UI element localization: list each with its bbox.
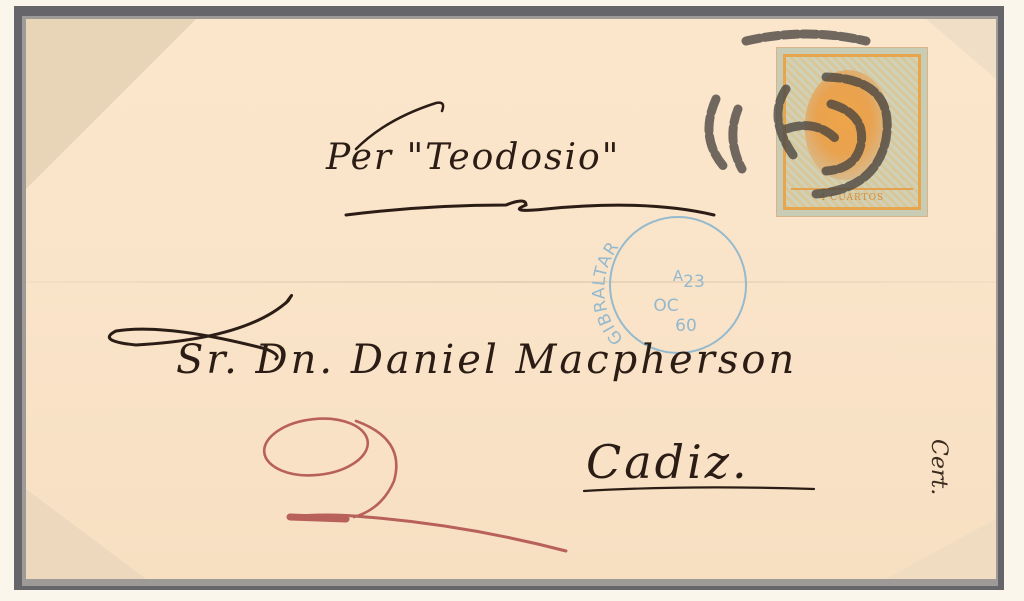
postmark-town: GIBRALTAR	[589, 238, 628, 349]
grill-cancel-icon	[709, 34, 887, 194]
addressee-name: Sr. Dn. Daniel Macpherson	[176, 337, 797, 383]
endorsement-underline	[346, 201, 714, 215]
postmark-day: 23	[683, 272, 705, 292]
postmark-month: OC	[653, 296, 678, 316]
red-crayon-rate-mark	[261, 414, 566, 551]
cover-markings: GIBRALTAR A OC 23 60	[26, 19, 996, 579]
postmark-year: 60	[675, 316, 697, 336]
endorsement-per-teodosio: Per "Teodosio"	[326, 137, 620, 178]
addressee-city: Cadiz.	[586, 435, 750, 489]
postal-cover: 4 CUARTOS GIBRALTAR A OC 23 60	[26, 19, 996, 579]
docketing-note: Cert.	[926, 439, 951, 495]
